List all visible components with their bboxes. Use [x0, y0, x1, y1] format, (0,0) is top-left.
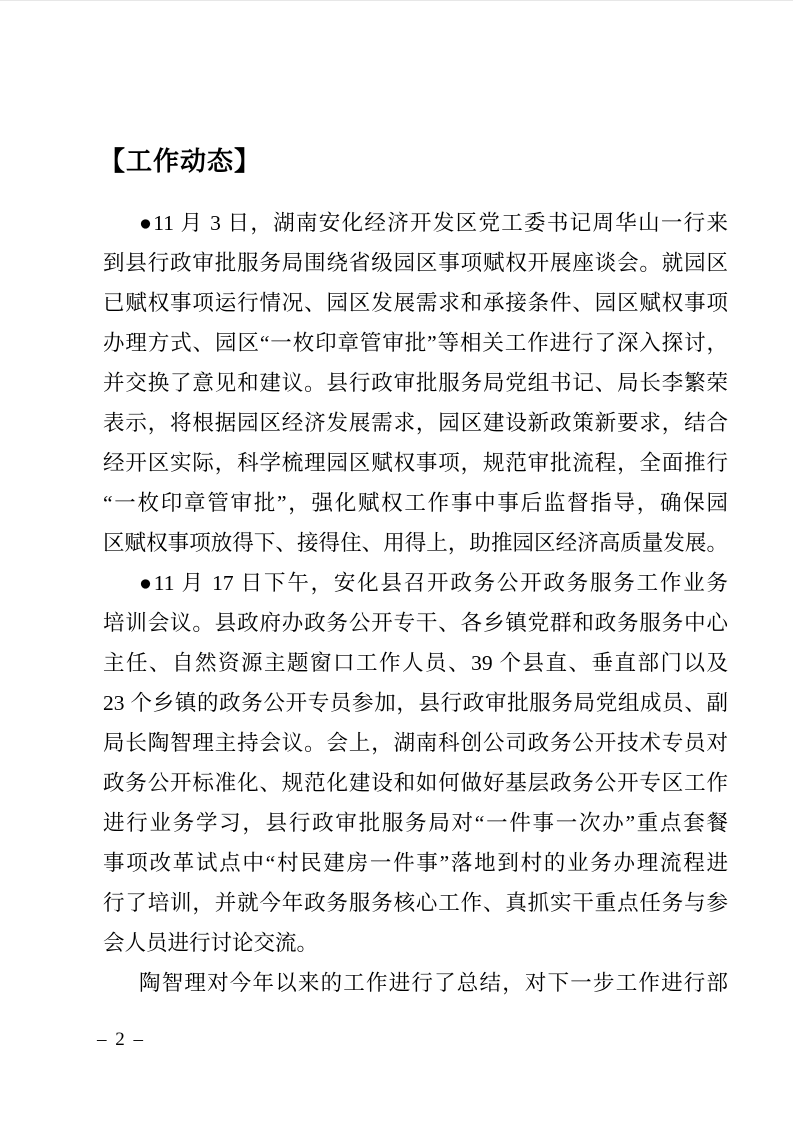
text-line: 会人员进行讨论交流。 [103, 923, 728, 963]
text-line: ●11 月 3 日，湖南安化经济开发区党工委书记周华山一行来 [103, 203, 728, 243]
text-line: ●11 月 17 日下午，安化县召开政务公开政务服务工作业务 [103, 563, 728, 603]
document-page: 【工作动态】 ●11 月 3 日，湖南安化经济开发区党工委书记周华山一行来 到县… [0, 0, 793, 1122]
text-line: 表示，将根据园区经济发展需求，园区建设新政策新要求，结合 [103, 403, 728, 443]
document-body: ●11 月 3 日，湖南安化经济开发区党工委书记周华山一行来 到县行政审批服务局… [103, 203, 728, 1003]
text-line: 陶智理对今年以来的工作进行了总结，对下一步工作进行部 [103, 963, 728, 1003]
text-line: 23 个乡镇的政务公开专员参加，县行政审批服务局党组成员、副 [103, 683, 728, 723]
text-line: 局长陶智理主持会议。会上，湖南科创公司政务公开技术专员对 [103, 723, 728, 763]
text-line: “一枚印章管审批”，强化赋权工作事中事后监督指导，确保园 [103, 483, 728, 523]
paragraph-1: ●11 月 3 日，湖南安化经济开发区党工委书记周华山一行来 到县行政审批服务局… [103, 203, 728, 563]
text-line: 经开区实际，科学梳理园区赋权事项，规范审批流程，全面推行 [103, 443, 728, 483]
text-line: 办理方式、园区“一枚印章管审批”等相关工作进行了深入探讨， [103, 323, 728, 363]
text-line: 并交换了意见和建议。县行政审批服务局党组书记、局长李繁荣 [103, 363, 728, 403]
text-line: 进行业务学习，县行政审批服务局对“一件事一次办”重点套餐 [103, 803, 728, 843]
paragraph-2: ●11 月 17 日下午，安化县召开政务公开政务服务工作业务 培训会议。县政府办… [103, 563, 728, 963]
text-line: 区赋权事项放得下、接得住、用得上，助推园区经济高质量发展。 [103, 523, 728, 563]
text-line: 到县行政审批服务局围绕省级园区事项赋权开展座谈会。就园区 [103, 243, 728, 283]
page-number: – 2 – [97, 1027, 145, 1053]
text-line: 事项改革试点中“村民建房一件事”落地到村的业务办理流程进 [103, 843, 728, 883]
section-heading: 【工作动态】 [99, 143, 261, 179]
text-line: 政务公开标准化、规范化建设和如何做好基层政务公开专区工作 [103, 763, 728, 803]
text-line: 培训会议。县政府办政务公开专干、各乡镇党群和政务服务中心 [103, 603, 728, 643]
text-line: 行了培训，并就今年政务服务核心工作、真抓实干重点任务与参 [103, 883, 728, 923]
text-line: 主任、自然资源主题窗口工作人员、39 个县直、垂直部门以及 [103, 643, 728, 683]
paragraph-3: 陶智理对今年以来的工作进行了总结，对下一步工作进行部 [103, 963, 728, 1003]
text-line: 已赋权事项运行情况、园区发展需求和承接条件、园区赋权事项 [103, 283, 728, 323]
